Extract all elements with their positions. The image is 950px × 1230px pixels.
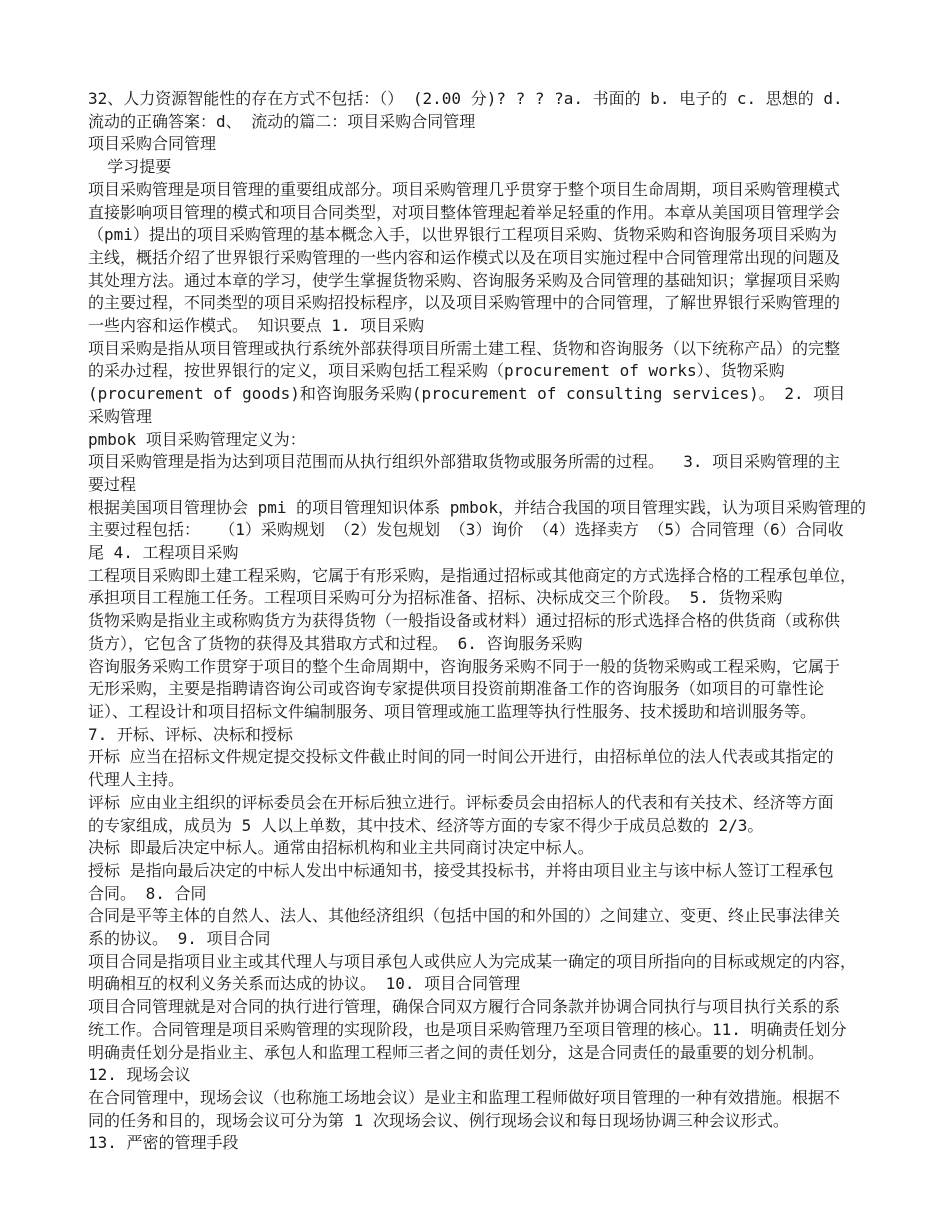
text-line: 32、人力资源智能性的存在方式不包括：（） (2.00 分)? ? ? ?a. … bbox=[88, 88, 866, 111]
text-line: 无形采购，主要是指聘请咨询公司或咨询专家提供项目投资前期准备工作的咨询服务（如项… bbox=[88, 678, 866, 701]
text-line: 明确责任划分是指业主、承包人和监理工程师三者之间的责任划分，这是合同责任的最重要… bbox=[88, 1042, 866, 1065]
text-line: 证）、工程设计和项目招标文件编制服务、项目管理或施工监理等执行性服务、技术援助和… bbox=[88, 701, 866, 724]
text-line: 一些内容和运作模式。 知识要点 1. 项目采购 bbox=[88, 315, 866, 338]
text-line: 的主要过程，不同类型的项目采购招投标程序，以及项目采购管理中的合同管理，了解世界… bbox=[88, 292, 866, 315]
text-line: 咨询服务采购工作贯穿于项目的整个生命周期中，咨询服务采购不同于一般的货物采购或工… bbox=[88, 656, 866, 679]
text-line: 学习提要 bbox=[88, 156, 866, 179]
text-line: 在合同管理中，现场会议（也称施工场地会议）是业主和监理工程师做好项目管理的一种有… bbox=[88, 1087, 866, 1110]
text-line: 承担项目工程施工任务。工程项目采购可分为招标准备、招标、决标成交三个阶段。 5.… bbox=[88, 587, 866, 610]
text-line: 项目采购是指从项目管理或执行系统外部获得项目所需土建工程、货物和咨询服务（以下统… bbox=[88, 338, 866, 361]
text-line: 13. 严密的管理手段 bbox=[88, 1132, 866, 1155]
text-line: pmbok 项目采购管理定义为： bbox=[88, 429, 866, 452]
text-line: 项目合同是指项目业主或其代理人与项目承包人或供应人为完成某一确定的项目所指向的目… bbox=[88, 951, 866, 974]
text-line: 7. 开标、评标、决标和授标 bbox=[88, 724, 866, 747]
text-line: 货物采购是指业主或称购货方为获得货物（一般指设备或材料）通过招标的形式选择合格的… bbox=[88, 610, 866, 633]
text-line: 评标 应由业主组织的评标委员会在开标后独立进行。评标委员会由招标人的代表和有关技… bbox=[88, 792, 866, 815]
text-line: 主要过程包括： （1）采购规划 （2）发包规划 （3）询价 （4）选择卖方 （5… bbox=[88, 519, 866, 542]
text-line: 开标 应当在招标文件规定提交投标文件截止时间的同一时间公开进行，由招标单位的法人… bbox=[88, 746, 866, 769]
text-line: 其处理方法。通过本章的学习，使学生掌握货物采购、咨询服务采购及合同管理的基础知识… bbox=[88, 270, 866, 293]
text-line: 货方），它包含了货物的获得及其猎取方式和过程。 6. 咨询服务采购 bbox=[88, 633, 866, 656]
text-line: 决标 即最后决定中标人。通常由招标机构和业主共同商讨决定中标人。 bbox=[88, 837, 866, 860]
text-line: (procurement of goods)和咨询服务采购(procuremen… bbox=[88, 383, 866, 406]
text-line: 根据美国项目管理协会 pmi 的项目管理知识体系 pmbok，并结合我国的项目管… bbox=[88, 497, 866, 520]
text-line: 的采办过程，按世界银行的定义，项目采购包括工程采购（procurement of… bbox=[88, 360, 866, 383]
text-line: 流动的正确答案：d、 流动的篇二：项目采购合同管理 bbox=[88, 111, 866, 134]
text-line: 统工作。合同管理是项目采购管理的实现阶段，也是项目采购管理乃至项目管理的核心。1… bbox=[88, 1019, 866, 1042]
text-line: 项目采购合同管理 bbox=[88, 133, 866, 156]
text-line: 系的协议。 9. 项目合同 bbox=[88, 928, 866, 951]
document-page: 32、人力资源智能性的存在方式不包括：（） (2.00 分)? ? ? ?a. … bbox=[0, 0, 950, 1230]
text-line: 要过程 bbox=[88, 474, 866, 497]
text-line: 同的任务和目的，现场会议可分为第 1 次现场会议、例行现场会议和每日现场协调三种… bbox=[88, 1110, 866, 1133]
text-line: 12. 现场会议 bbox=[88, 1064, 866, 1087]
text-line: （pmi）提出的项目采购管理的基本概念入手，以世界银行工程项目采购、货物采购和咨… bbox=[88, 224, 866, 247]
text-line: 明确相互的权利义务关系而达成的协议。 10. 项目合同管理 bbox=[88, 973, 866, 996]
text-line: 直接影响项目管理的模式和项目合同类型，对项目整体管理起着举足轻重的作用。本章从美… bbox=[88, 202, 866, 225]
text-line: 授标 是指向最后决定的中标人发出中标通知书，接受其投标书，并将由项目业主与该中标… bbox=[88, 860, 866, 883]
text-line: 尾 4. 工程项目采购 bbox=[88, 542, 866, 565]
text-line: 工程项目采购即土建工程采购，它属于有形采购，是指通过招标或其他商定的方式选择合格… bbox=[88, 565, 866, 588]
text-line: 项目合同管理就是对合同的执行进行管理，确保合同双方履行合同条款并协调合同执行与项… bbox=[88, 996, 866, 1019]
text-line: 的专家组成，成员为 5 人以上单数，其中技术、经济等方面的专家不得少于成员总数的… bbox=[88, 815, 866, 838]
text-line: 采购管理 bbox=[88, 406, 866, 429]
document-text: 32、人力资源智能性的存在方式不包括：（） (2.00 分)? ? ? ?a. … bbox=[88, 88, 866, 1155]
text-line: 合同。 8. 合同 bbox=[88, 883, 866, 906]
text-line: 主线，概括介绍了世界银行采购管理的一些内容和运作模式以及在项目实施过程中合同管理… bbox=[88, 247, 866, 270]
text-line: 项目采购管理是指为达到项目范围而从执行组织外部猎取货物或服务所需的过程。 3. … bbox=[88, 451, 866, 474]
text-line: 代理人主持。 bbox=[88, 769, 866, 792]
text-line: 合同是平等主体的自然人、法人、其他经济组织（包括中国的和外国的）之间建立、变更、… bbox=[88, 905, 866, 928]
text-line: 项目采购管理是项目管理的重要组成部分。项目采购管理几乎贯穿于整个项目生命周期，项… bbox=[88, 179, 866, 202]
